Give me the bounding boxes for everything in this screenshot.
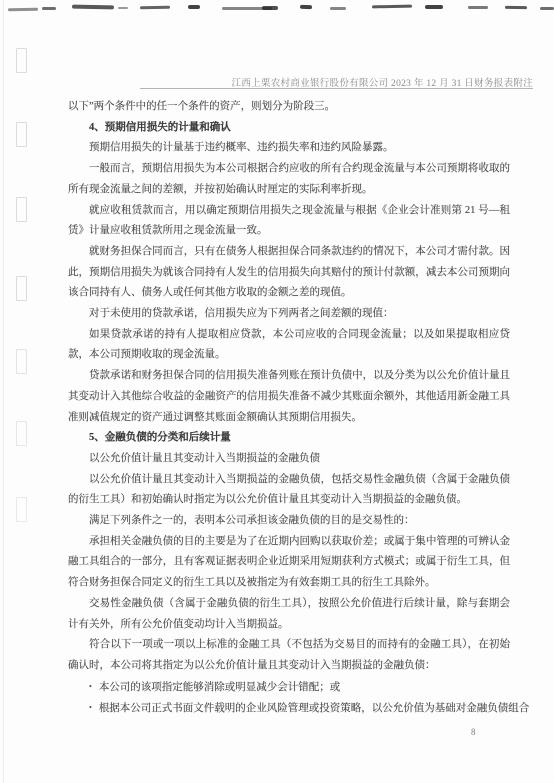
paragraph: 满足下列条件之一的，表明本公司承担该金融负债的目的是交易性的： bbox=[68, 511, 510, 532]
binder-mark bbox=[16, 122, 27, 147]
page-number: 8 bbox=[471, 727, 476, 737]
bullet-item: •根据本公司正式书面文件载明的企业风险管理或投资策略，以公允价值为基础对金融负债… bbox=[68, 698, 510, 720]
binder-mark bbox=[16, 497, 27, 522]
paragraph: 一般而言，预期信用损失为本公司根据合约应收的所有合约现金流量与本公司预期将收取的… bbox=[68, 159, 510, 200]
binder-mark bbox=[16, 276, 27, 301]
paragraph: 交易性金融负债（含属于金融负债的衍生工具），按照公允价值进行后续计量，除与套期会… bbox=[68, 594, 510, 635]
binder-mark bbox=[16, 197, 27, 222]
paragraph: 贷款承诺和财务担保合同的信用损失准备列账在预计负债中，以及分类为以公允价值计量且… bbox=[68, 366, 510, 428]
paragraph: 对于未使用的贷款承诺，信用损失应为下列两者之间差额的现值： bbox=[68, 304, 510, 325]
paragraph: 就应收租赁款而言，用以确定预期信用损失之现金流量与根据《企业会计准则第 21 号… bbox=[68, 201, 510, 242]
bullet-text: 本公司的该项指定能够消除或明显减少会计错配；或 bbox=[99, 682, 341, 693]
paragraph: 如果贷款承诺的持有人提取相应贷款，本公司应收的合同现金流量；以及如果提取相应贷款… bbox=[68, 325, 510, 366]
bullet-icon: • bbox=[89, 703, 99, 712]
binder-mark bbox=[16, 48, 27, 73]
paragraph: 就财务担保合同而言，只有在债务人根据担保合同条款违约的情况下，本公司才需付款。因… bbox=[68, 242, 510, 304]
paragraph: 以公允价值计量且其变动计入当期损益的金融负债，包括交易性金融负债（含属于金融负债… bbox=[68, 470, 510, 511]
scan-artifact-top bbox=[0, 0, 554, 14]
page-header-title: 江西上栗农村商业银行股份有限公司 2023 年 12 月 31 日财务报表附注 bbox=[232, 75, 533, 89]
paragraph: 承担相关金融负债的目的主要是为了在近期内回购以获取价差；或属于集中管理的可辨认金… bbox=[68, 532, 510, 594]
binder-mark bbox=[16, 421, 27, 446]
paragraph-continuation: 以下”两个条件中的任一个条件的资产，则划分为阶段三。 bbox=[68, 97, 510, 118]
section-heading-5: 5、金融负债的分类和后续计量 bbox=[68, 428, 510, 449]
paragraph: 预期信用损失的计量基于违约概率、违约损失率和违约风险暴露。 bbox=[68, 138, 510, 159]
bullet-icon: • bbox=[89, 682, 99, 691]
document-body: 以下”两个条件中的任一个条件的资产，则划分为阶段三。 4、预期信用损失的计量和确… bbox=[68, 97, 510, 720]
binder-mark bbox=[16, 349, 27, 374]
bullet-item: •本公司的该项指定能够消除或明显减少会计错配；或 bbox=[68, 677, 510, 699]
paragraph: 符合以下一项或一项以上标准的金融工具（不包括为交易目的而持有的金融工具），在初始… bbox=[68, 635, 510, 676]
document-page: 江西上栗农村商业银行股份有限公司 2023 年 12 月 31 日财务报表附注 … bbox=[0, 0, 554, 783]
bullet-text: 根据本公司正式书面文件载明的企业风险管理或投资策略，以公允价值为基础对金融负债组… bbox=[99, 703, 530, 714]
paragraph-subheading: 以公允价值计量且其变动计入当期损益的金融负债 bbox=[68, 449, 510, 470]
section-heading-4: 4、预期信用损失的计量和确认 bbox=[68, 118, 510, 139]
header-rule bbox=[140, 88, 533, 89]
